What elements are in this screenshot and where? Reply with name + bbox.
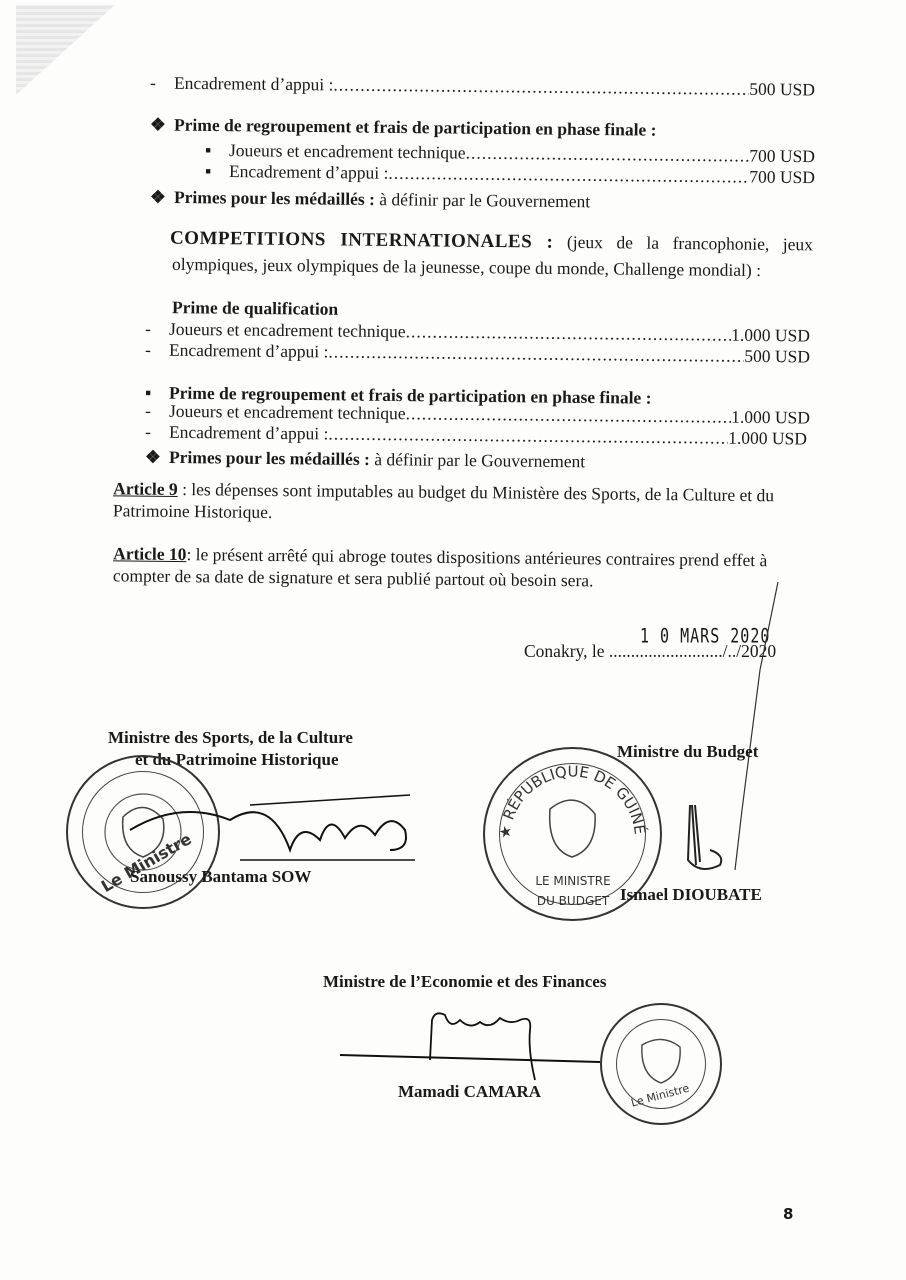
- body-text: à définir par le Gouvernement: [375, 189, 590, 211]
- dot-leader: [466, 143, 750, 166]
- dash-bullet: -: [145, 422, 169, 442]
- signatory-name: Sanoussy Bantama SOW: [130, 867, 311, 887]
- article-9: Article 9 : les dépenses sont imputables…: [113, 477, 813, 528]
- line-label: Encadrement d’appui :: [229, 161, 389, 183]
- amount: 500 USD: [744, 346, 810, 367]
- dot-leader: [328, 341, 744, 365]
- international-intro-line1: COMPETITIONS INTERNATIONALES : (jeux de …: [170, 227, 813, 257]
- signature-dioubate: [680, 800, 740, 880]
- heading-text: Primes pour les médaillés :: [169, 447, 370, 469]
- amount: 1.000 USD: [728, 428, 807, 449]
- svg-text:DU BUDGET: DU BUDGET: [537, 894, 610, 908]
- section-title: COMPETITIONS INTERNATIONALES :: [170, 228, 554, 253]
- heading-text: Primes pour les médaillés :: [174, 187, 375, 209]
- signatory-name: Mamadi CAMARA: [398, 1082, 541, 1102]
- diamond-bullet-icon: ❖: [150, 187, 174, 207]
- line-label: Joueurs et encadrement technique: [229, 140, 466, 162]
- signatory-title: Ministre des Sports, de la Culture: [108, 728, 353, 748]
- line-national-medals: ❖Primes pour les médaillés : à définir p…: [150, 187, 590, 212]
- amount: 500 USD: [749, 79, 815, 100]
- dash-bullet: -: [150, 73, 174, 93]
- document-page: - Encadrement d’appui : 500 USD ❖Prime d…: [0, 0, 906, 1280]
- line-label: Encadrement d’appui :: [169, 340, 329, 362]
- signature-sow: [120, 790, 420, 870]
- line-label: Joueurs et encadrement technique: [169, 319, 406, 341]
- heading-text: Prime de regroupement et frais de partic…: [174, 115, 657, 140]
- svg-text:LE MINISTRE: LE MINISTRE: [535, 874, 610, 888]
- article-text: Patrimoine Historique.: [113, 500, 273, 522]
- line-label: Joueurs et encadrement technique: [169, 401, 406, 423]
- signatory-title: Ministre de l’Economie et des Finances: [323, 972, 606, 992]
- body-text: (jeux de la francophonie, jeux: [567, 232, 813, 255]
- diamond-bullet-icon: ❖: [150, 114, 174, 134]
- ministry-seal-finance: Le Ministre: [600, 1003, 722, 1125]
- line-label: Encadrement d’appui :: [169, 422, 329, 444]
- heading-regroupement-national: ❖Prime de regroupement et frais de parti…: [150, 114, 657, 139]
- body-text: à définir par le Gouvernement: [370, 449, 585, 471]
- line-intl-medals: ❖Primes pour les médaillés : à définir p…: [145, 447, 585, 472]
- signatory-name: Ismael DIOUBATE: [620, 885, 762, 905]
- dot-leader: [388, 163, 749, 187]
- amount: 700 USD: [749, 146, 815, 167]
- dot-leader: [328, 423, 728, 447]
- amount: 1.000 USD: [731, 325, 810, 346]
- international-intro-line2: olympiques, jeux olympiques de la jeunes…: [172, 254, 761, 280]
- svg-text:★ RÉPUBLIQUE DE GUINÉE: ★ RÉPUBLIQUE DE GUINÉE: [485, 749, 650, 839]
- dash-bullet: -: [145, 401, 169, 421]
- diamond-bullet-icon: ❖: [145, 447, 169, 467]
- dash-bullet: -: [145, 340, 169, 360]
- square-bullet: ▪: [145, 382, 169, 402]
- line-national-support: - Encadrement d’appui : 500 USD: [150, 73, 815, 100]
- article-label: Article 9: [113, 478, 178, 499]
- dot-leader: [406, 403, 732, 426]
- article-text: compter de sa date de signature et sera …: [113, 565, 594, 590]
- signature-camara: [340, 1000, 620, 1090]
- dot-leader: [406, 321, 732, 344]
- amount: 700 USD: [749, 167, 815, 188]
- amount: 1.000 USD: [731, 407, 810, 428]
- svg-text:Le Ministre: Le Ministre: [629, 1082, 690, 1110]
- place-text: Conakry, le: [524, 641, 609, 661]
- square-bullet: ▪: [205, 161, 229, 181]
- line-label: Encadrement d’appui :: [174, 73, 334, 95]
- page-number: 8: [783, 1205, 793, 1223]
- heading-qualification: Prime de qualification: [172, 297, 338, 319]
- dash-bullet: -: [145, 319, 169, 339]
- article-label: Article 10: [113, 543, 187, 564]
- folded-corner: [0, 0, 115, 95]
- dot-leader: [333, 74, 749, 98]
- square-bullet: ▪: [205, 140, 229, 160]
